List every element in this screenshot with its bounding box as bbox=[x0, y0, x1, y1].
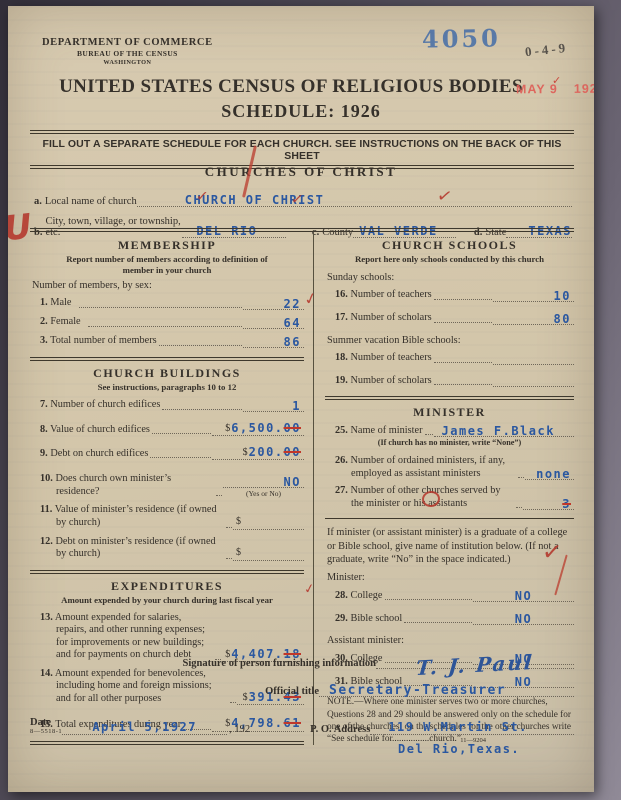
field-a-label: Local name of church bbox=[45, 196, 137, 207]
rule bbox=[325, 518, 574, 519]
q16-value-line: 10 bbox=[493, 289, 574, 302]
leader-dots bbox=[434, 299, 492, 300]
q29-value-line: NO bbox=[473, 612, 574, 625]
q9-value-line: $200.00 bbox=[212, 445, 304, 460]
question-row-11: 11. Value of minister’s residence (if ow… bbox=[40, 504, 304, 529]
dollar-sign: $ bbox=[236, 516, 241, 528]
leader-dots bbox=[425, 434, 433, 435]
q25-note: (If church has no minister, write “None”… bbox=[325, 438, 574, 447]
signature-line: T. J. Paul bbox=[376, 648, 574, 669]
q18-num: 18. bbox=[335, 352, 348, 363]
q16-label: Number of teachers bbox=[350, 289, 431, 300]
q11-num: 11. bbox=[40, 504, 52, 515]
q18-value-line bbox=[493, 364, 574, 365]
date-label: Date bbox=[30, 717, 62, 728]
q28-value: NO bbox=[515, 590, 532, 602]
date-line: April 5,1927 bbox=[62, 721, 227, 735]
q28-label: College bbox=[350, 590, 382, 601]
q27-value-line: 3 bbox=[523, 497, 574, 510]
field-local-name: a. Local name of church CHURCH OF CHRIST bbox=[34, 193, 572, 207]
date-address-row: Date 8—5518-1 April 5,1927 , 192 P. O. A… bbox=[30, 717, 574, 735]
leader-dots bbox=[434, 362, 492, 363]
dollar-sign: $ bbox=[236, 547, 241, 559]
q17-num: 17. bbox=[335, 312, 348, 323]
po-address-line: 119 W.Martin St.11—9204 bbox=[370, 721, 574, 735]
question-row-3: 3. Total number of members 86 bbox=[40, 335, 304, 348]
question-row-10: 10. Does church own minister’s residence… bbox=[40, 473, 304, 498]
q28-value-line: NO bbox=[473, 589, 574, 602]
schools-title: CHURCH SCHOOLS bbox=[325, 238, 574, 253]
q12-num: 12. bbox=[40, 536, 53, 547]
buildings-subtitle: See instructions, paragraphs 10 to 12 bbox=[30, 382, 304, 393]
page-title: UNITED STATES CENSUS OF RELIGIOUS BODIES bbox=[48, 76, 534, 98]
membership-intro: Number of members, by sex: bbox=[32, 280, 304, 291]
signature-label: Signature of person furnishing informati… bbox=[183, 658, 377, 669]
membership-subtitle: Report number of members according to de… bbox=[30, 254, 304, 276]
leader-dots bbox=[159, 345, 242, 346]
census-schedule-document: DEPARTMENT OF COMMERCE BUREAU OF THE CEN… bbox=[8, 6, 594, 792]
pencil-code: 0-4-9 bbox=[524, 40, 569, 60]
q16-value: 10 bbox=[554, 290, 571, 302]
question-row-9: 9. Debt on church edifices $200.00 bbox=[40, 445, 304, 460]
q11-value-line: $ bbox=[233, 516, 304, 529]
q1-num: 1. bbox=[40, 297, 48, 308]
footer-section: Signature of person furnishing informati… bbox=[30, 642, 574, 756]
bureau-name: BUREAU OF THE CENSUS bbox=[42, 49, 213, 58]
minister-title: MINISTER bbox=[325, 405, 574, 420]
q9-num: 9. bbox=[40, 448, 48, 459]
q3-label: Total number of members bbox=[50, 335, 157, 346]
q28-num: 28. bbox=[335, 590, 348, 601]
page-subtitle: SCHEDULE: 1926 bbox=[8, 101, 594, 122]
q2-value-line: 64 bbox=[243, 316, 304, 329]
date-value: April 5,1927 bbox=[92, 720, 197, 734]
question-row-1: 1. Male 22 bbox=[40, 297, 304, 310]
q26-label: Number of ordained ministers, if any, em… bbox=[350, 455, 505, 479]
question-row-28: 28. College NO bbox=[335, 589, 574, 602]
q7-num: 7. bbox=[40, 399, 48, 410]
q2-value: 64 bbox=[284, 317, 301, 329]
stamp-month-day: MAY 9 bbox=[516, 82, 558, 96]
q7-value-line: 1 bbox=[243, 399, 304, 412]
q25-label: Name of minister bbox=[350, 425, 422, 436]
question-row-17: 17. Number of scholars 80 bbox=[335, 312, 574, 325]
q27-num: 27. bbox=[335, 485, 348, 496]
q8-value: 6,500.00 bbox=[231, 422, 301, 434]
agency-city: WASHINGTON bbox=[42, 59, 213, 67]
q3-value: 86 bbox=[284, 336, 301, 348]
leader-dots bbox=[404, 622, 472, 623]
q1-value-line: 22 bbox=[243, 297, 304, 310]
official-title-label: Official title bbox=[265, 686, 319, 697]
leader-dots bbox=[226, 558, 232, 559]
q18-label: Number of teachers bbox=[350, 352, 431, 363]
q11-label: Value of minister’s residence (if owned … bbox=[55, 504, 217, 528]
q10-value-line: NO bbox=[223, 475, 304, 488]
field-a-value: CHURCH OF CHRIST bbox=[185, 193, 325, 207]
buildings-title: CHURCH BUILDINGS bbox=[30, 366, 304, 381]
q2-num: 2. bbox=[40, 316, 48, 327]
q17-value-line: 80 bbox=[493, 312, 574, 325]
q26-value: none bbox=[536, 468, 571, 480]
q10-label: Does church own minister’s residence? bbox=[55, 473, 171, 497]
q17-value: 80 bbox=[554, 313, 571, 325]
denomination-title: CHURCHES OF CHRIST bbox=[8, 164, 594, 180]
po-address-label: P. O. Address bbox=[310, 724, 370, 735]
q8-label: Value of church edifices bbox=[50, 424, 150, 435]
minister-group-label: Minister: bbox=[327, 572, 574, 583]
question-row-26: 26. Number of ordained ministers, if any… bbox=[335, 455, 574, 480]
q19-value-line bbox=[493, 386, 574, 387]
question-row-8: 8. Value of church edifices $6,500.00 bbox=[40, 421, 304, 436]
date-received-stamp: MAY 91927 bbox=[516, 82, 594, 97]
q29-value: NO bbox=[515, 613, 532, 625]
side-form-number: 11—9204 bbox=[460, 737, 486, 744]
instruction-text: FILL OUT A SEPARATE SCHEDULE FOR EACH CH… bbox=[30, 134, 574, 165]
leader-dots bbox=[434, 384, 492, 385]
q3-value-line: 86 bbox=[243, 335, 304, 348]
official-title-line: Secretary-Treasurer bbox=[319, 683, 574, 697]
po-address-value: 119 W.Martin St. bbox=[388, 720, 528, 734]
leader-dots bbox=[516, 507, 522, 508]
q29-label: Bible school bbox=[350, 613, 402, 624]
agency-block: DEPARTMENT OF COMMERCE BUREAU OF THE CEN… bbox=[42, 36, 213, 66]
q7-value: 1 bbox=[292, 400, 301, 412]
leader-dots bbox=[152, 433, 211, 434]
q27-label: Number of other churches served by the m… bbox=[350, 485, 500, 509]
question-row-7: 7. Number of church edifices 1 bbox=[40, 399, 304, 412]
q10-note: (Yes or No) bbox=[246, 489, 281, 498]
summer-schools-label: Summer vacation Bible schools: bbox=[327, 335, 574, 346]
schools-subtitle: Report here only schools conducted by th… bbox=[325, 254, 574, 265]
q7-label: Number of church edifices bbox=[50, 399, 160, 410]
q25-value: James F.Black bbox=[442, 425, 555, 437]
q16-num: 16. bbox=[335, 289, 348, 300]
date-label-block: Date 8—5518-1 bbox=[30, 717, 62, 735]
q8-value-struck: 00 bbox=[284, 421, 301, 435]
question-row-12: 12. Debt on minister’s residence (if own… bbox=[40, 536, 304, 561]
q26-value-line: none bbox=[525, 467, 574, 480]
handwritten-doc-number: 4050 bbox=[422, 23, 501, 53]
leader-dots bbox=[79, 307, 242, 308]
q1-label: Male bbox=[50, 297, 71, 308]
leader-dots bbox=[88, 326, 242, 327]
q1-value: 22 bbox=[284, 298, 301, 310]
field-a-line: CHURCH OF CHRIST bbox=[137, 193, 572, 207]
question-row-18: 18. Number of teachers bbox=[335, 352, 574, 365]
q25-num: 25. bbox=[335, 425, 348, 436]
po-city-value: Del Rio,Texas. bbox=[398, 742, 520, 756]
q9-label: Debt on church edifices bbox=[50, 448, 148, 459]
q12-label: Debt on minister’s residence (if owned b… bbox=[55, 536, 215, 560]
question-row-29: 29. Bible school NO bbox=[335, 612, 574, 625]
q9-value-main: 200. bbox=[249, 445, 284, 459]
q12-value-line: $ bbox=[233, 547, 304, 560]
q25-value-line: James F.Black bbox=[434, 424, 574, 437]
question-row-27: 27. Number of other churches served by t… bbox=[335, 485, 574, 510]
field-a-prefix: a. bbox=[34, 196, 42, 207]
q10-value-block: NO (Yes or No) bbox=[223, 475, 304, 498]
leader-dots bbox=[434, 322, 492, 323]
question-row-25: 25. Name of minister James F.Black bbox=[335, 424, 574, 437]
q19-label: Number of scholars bbox=[350, 375, 431, 386]
q17-label: Number of scholars bbox=[350, 312, 431, 323]
stamp-year: 1927 bbox=[574, 82, 594, 96]
q26-num: 26. bbox=[335, 455, 348, 466]
question-row-2: 2. Female 64 bbox=[40, 316, 304, 329]
sunday-schools-label: Sunday schools: bbox=[327, 272, 574, 283]
q2-label: Female bbox=[50, 316, 80, 327]
q10-num: 10. bbox=[40, 473, 53, 484]
q29-num: 29. bbox=[335, 613, 348, 624]
title-block: UNITED STATES CENSUS OF RELIGIOUS BODIES… bbox=[8, 76, 594, 122]
leader-dots bbox=[518, 477, 524, 478]
rule bbox=[30, 357, 304, 361]
q9-value: 200.00 bbox=[249, 446, 301, 458]
dollar-sign: $ bbox=[225, 423, 230, 435]
rule bbox=[325, 396, 574, 400]
question-row-19: 19. Number of scholars bbox=[335, 375, 574, 388]
membership-title: MEMBERSHIP bbox=[30, 238, 304, 253]
leader-dots bbox=[216, 495, 222, 496]
rule bbox=[30, 570, 304, 574]
leader-dots bbox=[385, 599, 472, 600]
q8-num: 8. bbox=[40, 424, 48, 435]
form-number: 8—5518-1 bbox=[30, 728, 62, 735]
q8-value-main: 6,500. bbox=[231, 421, 283, 435]
q9-value-struck: 00 bbox=[284, 445, 301, 459]
q27-value: 3 bbox=[562, 498, 571, 510]
leader-dots bbox=[226, 527, 232, 528]
po-city-row: Del Rio,Texas. bbox=[398, 743, 574, 756]
q19-num: 19. bbox=[335, 375, 348, 386]
rule bbox=[30, 228, 574, 232]
q8-value-line: $6,500.00 bbox=[212, 421, 304, 436]
expenditures-subtitle: Amount expended by your church during la… bbox=[30, 595, 304, 606]
official-title-value: Secretary-Treasurer bbox=[329, 683, 506, 698]
expenditures-title: EXPENDITURES bbox=[30, 579, 304, 594]
date-year-prefix: , 192 bbox=[229, 724, 250, 735]
q10-value: NO bbox=[284, 476, 301, 488]
signature-handwriting: T. J. Paul bbox=[415, 650, 535, 680]
department-name: DEPARTMENT OF COMMERCE bbox=[42, 36, 213, 49]
signature-row: Signature of person furnishing informati… bbox=[30, 648, 574, 669]
question-row-16: 16. Number of teachers 10 bbox=[335, 289, 574, 302]
q13-num: 13. bbox=[40, 612, 53, 623]
official-title-row: Official title Secretary-Treasurer bbox=[30, 683, 574, 697]
graduate-intro: If minister (or assistant minister) is a… bbox=[327, 526, 574, 566]
leader-dots bbox=[162, 409, 242, 410]
leader-dots bbox=[150, 457, 211, 458]
q3-num: 3. bbox=[40, 335, 48, 346]
dollar-sign: $ bbox=[243, 447, 248, 459]
